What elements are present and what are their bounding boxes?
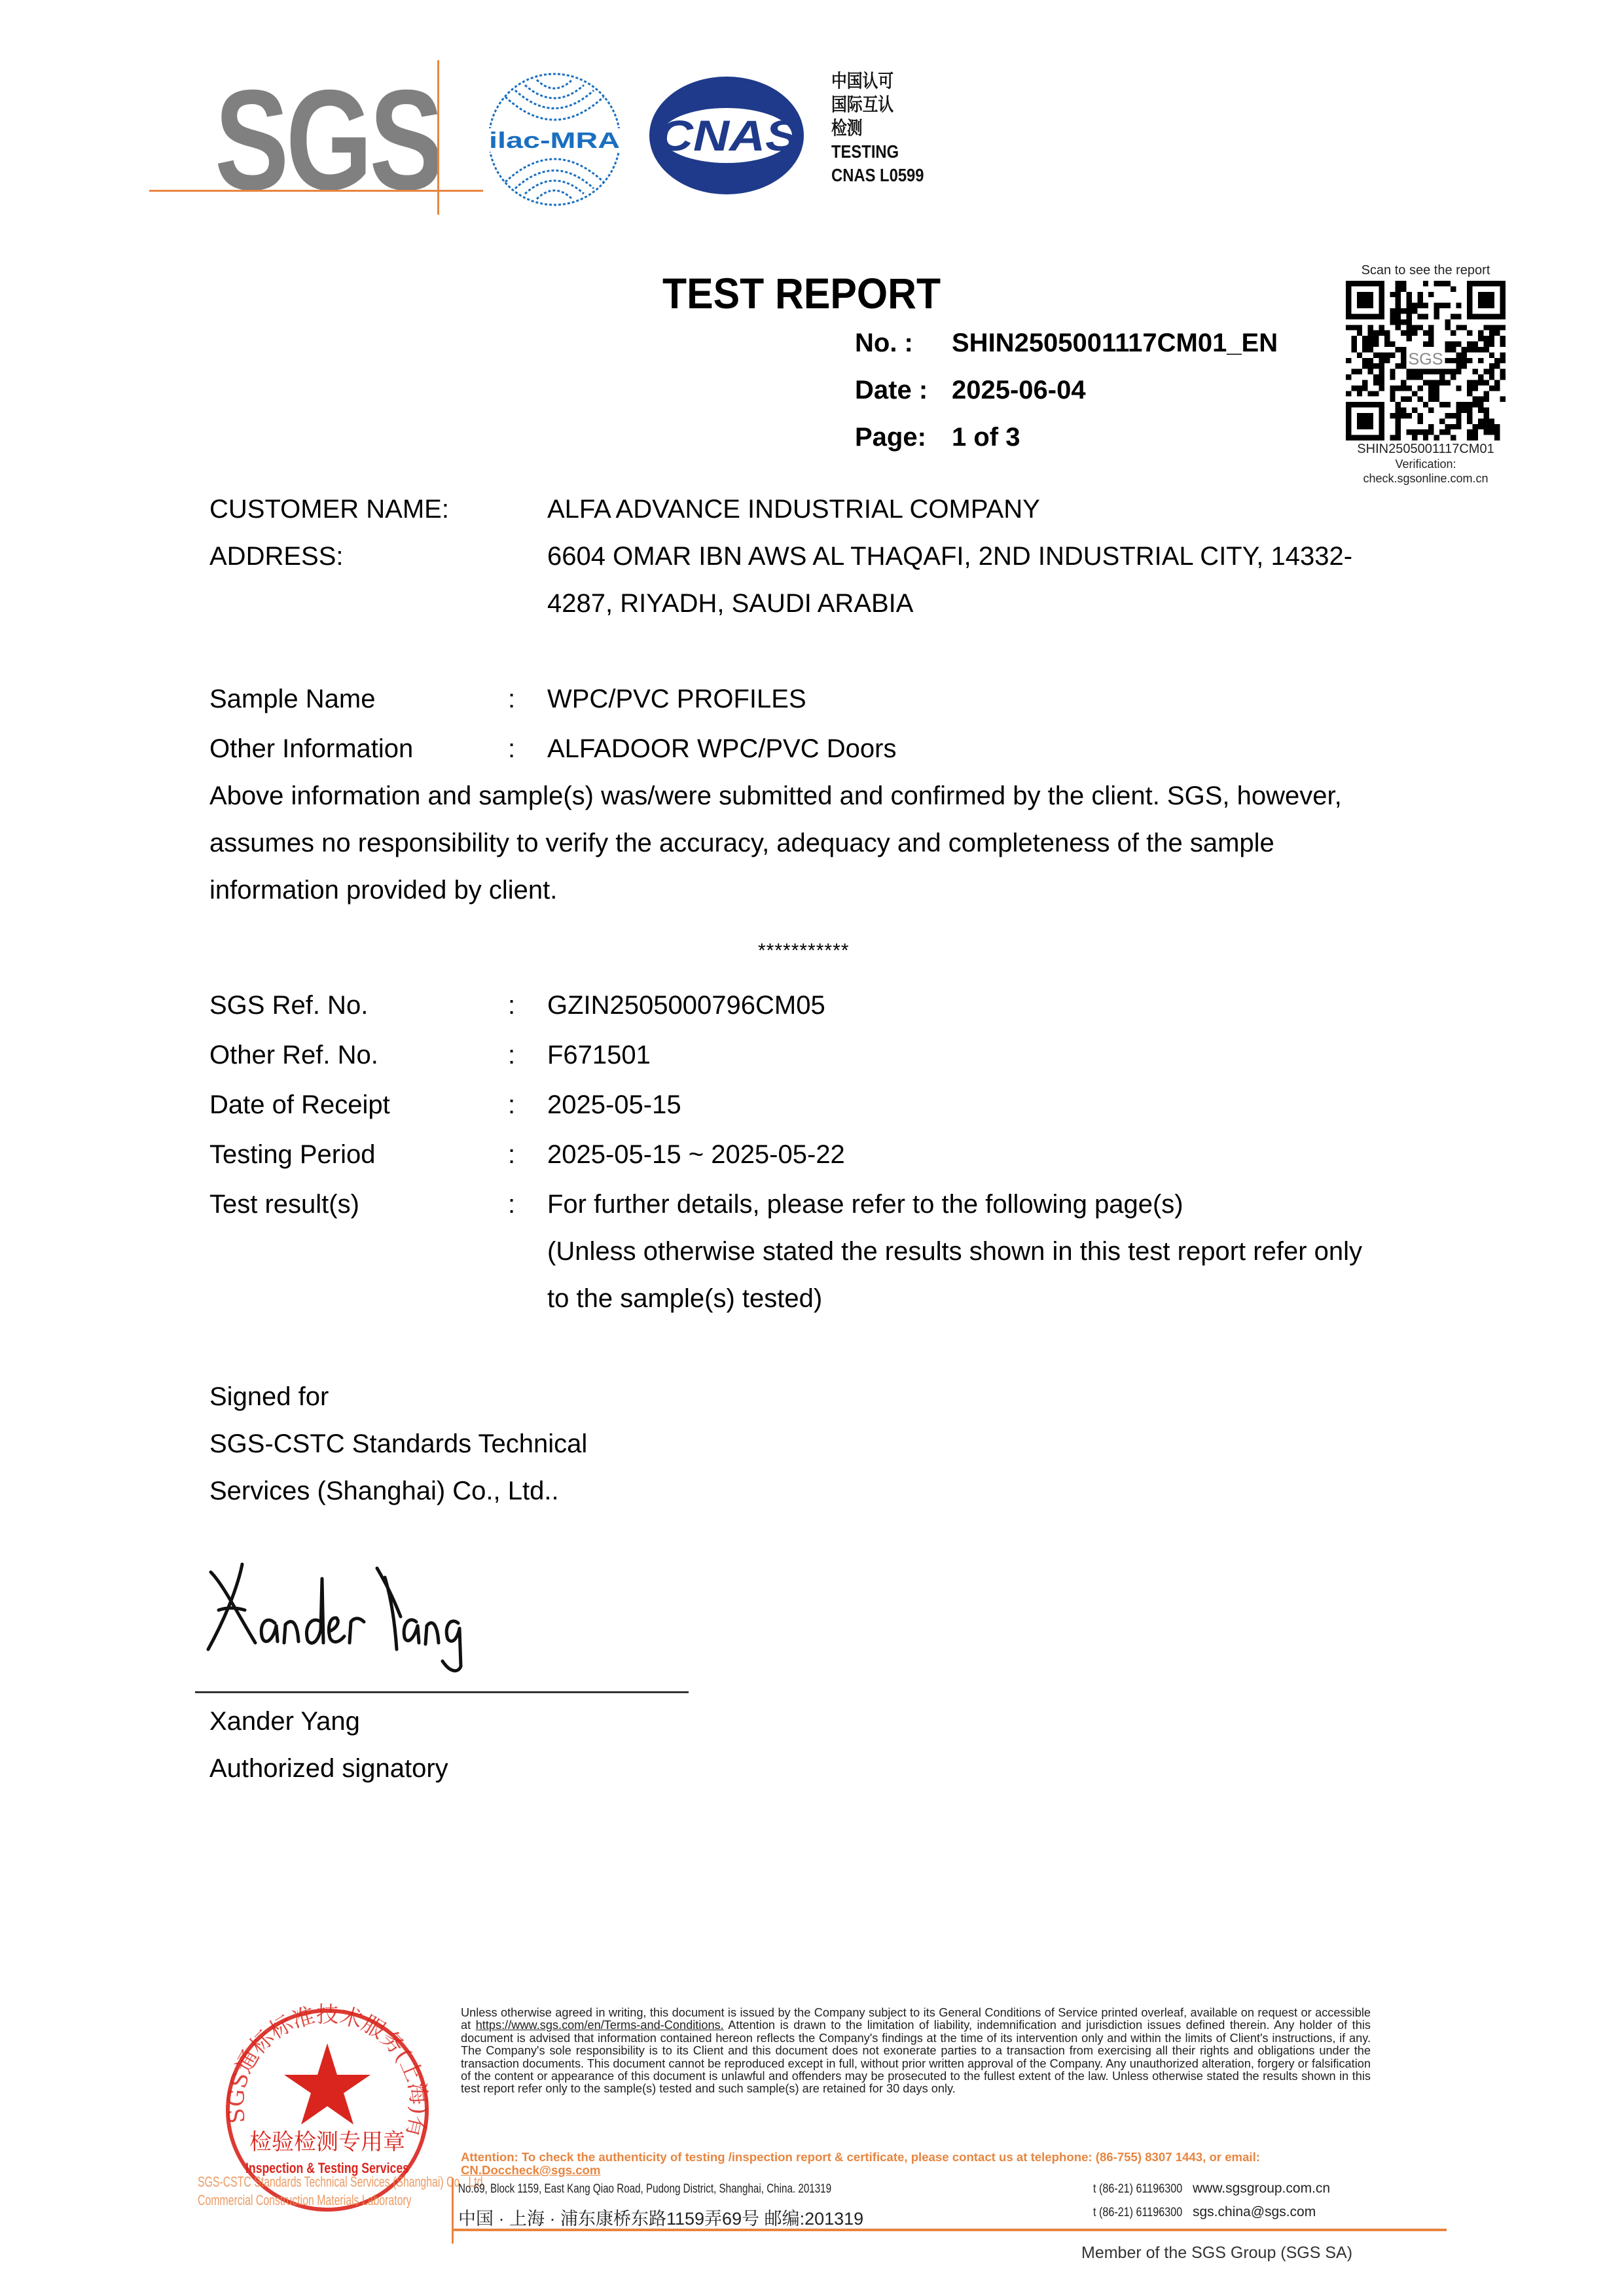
report-date-label: Date :: [855, 376, 952, 405]
colon: :: [508, 685, 515, 714]
email-link[interactable]: sgs.china@sgs.com: [1193, 2204, 1316, 2220]
authenticity-text: Attention: To check the authenticity of …: [461, 2150, 1260, 2164]
seal-center-cn: 检验检测专用章: [249, 2129, 405, 2155]
svg-text:SGS: SGS: [1408, 350, 1443, 368]
telephone-2: t (86-21) 61196300: [1093, 2206, 1182, 2220]
qr-caption: Scan to see the report: [1342, 263, 1509, 278]
sample-name-value: WPC/PVC PROFILES: [547, 685, 806, 714]
cnas-accreditation-text: 中国认可 国际互认 检测 TESTING CNAS L0599: [831, 69, 941, 187]
cnas-text-line: TESTING: [831, 140, 924, 164]
ilac-logo-text: ilac-MRA: [489, 128, 620, 153]
authenticity-notice: Attention: To check the authenticity of …: [461, 2151, 1377, 2177]
other-information-label: Other Information: [209, 734, 413, 764]
office-address-cn: 中国 · 上海 · 浦东康桥东路1159弄69号 邮编:201319: [458, 2204, 863, 2230]
logo-horizontal-rule: [149, 190, 483, 192]
sgs-ref-value: GZIN2505000796CM05: [547, 991, 825, 1020]
test-results-note-line-2: to the sample(s) tested): [547, 1284, 822, 1314]
telephone-1: t (86-21) 61196300: [1093, 2182, 1182, 2197]
report-date-value: 2025-06-04: [952, 376, 1086, 405]
cnas-text-line: CNAS L0599: [831, 164, 924, 187]
sample-name-label: Sample Name: [209, 685, 375, 714]
office-address-en: No.69, Block 1159, East Kang Qiao Road, …: [458, 2182, 831, 2197]
report-title: TEST REPORT: [662, 268, 941, 318]
svg-text:SGS通标标准技术服务(上海)有限公司: SGS通标标准技术服务(上海)有限公司: [196, 1998, 432, 2141]
terms-link[interactable]: https://www.sgs.com/en/Terms-and-Conditi…: [476, 2018, 724, 2032]
test-results-label: Test result(s): [209, 1190, 359, 1219]
signed-for-block: Signed for SGS-CSTC Standards Technical …: [209, 1373, 587, 1515]
signed-for-label: Signed for: [209, 1373, 587, 1420]
sample-disclaimer: Above information and sample(s) was/were…: [209, 772, 1427, 914]
sgs-group-membership: Member of the SGS Group (SGS SA): [1081, 2244, 1352, 2263]
page-number-value: 1 of 3: [952, 423, 1020, 452]
test-results-note-line-1: (Unless otherwise stated the results sho…: [547, 1237, 1362, 1266]
signing-company-line-2: Services (Shanghai) Co., Ltd..: [209, 1467, 587, 1515]
address-label: ADDRESS:: [209, 542, 344, 571]
disclaimer-line: Above information and sample(s) was/were…: [209, 772, 1427, 819]
date-of-receipt-label: Date of Receipt: [209, 1090, 390, 1120]
cnas-text-line: 中国认可: [831, 69, 924, 93]
signatory-title: Authorized signatory: [209, 1745, 448, 1792]
section-separator: ***********: [758, 940, 849, 962]
sgs-logo: SGS: [149, 60, 483, 217]
ilac-mra-logo: ilac-MRA: [486, 71, 623, 208]
handwritten-signature: Xander Yang: [196, 1545, 471, 1676]
qr-code-icon[interactable]: SGS: [1346, 281, 1506, 440]
cnas-logo-text: CNAS: [657, 111, 799, 160]
colon: :: [508, 1190, 515, 1219]
seal-caption-line-1: SGS-CSTC Standards Technical Services (S…: [198, 2173, 486, 2191]
testing-period-value: 2025-05-15 ~ 2025-05-22: [547, 1140, 845, 1170]
signature-line: [195, 1691, 689, 1693]
qr-report-code: SHIN2505001117CM01: [1342, 442, 1509, 457]
customer-name-label: CUSTOMER NAME:: [209, 495, 449, 524]
signatory-name: Xander Yang: [209, 1698, 448, 1745]
page-number-label: Page:: [855, 423, 952, 452]
date-of-receipt-value: 2025-05-15: [547, 1090, 681, 1120]
seal-star-icon: [284, 2043, 370, 2125]
page-number-row: Page:1 of 3: [855, 423, 1020, 452]
cnas-logo: CNAS: [648, 73, 805, 198]
signatory-block: Xander Yang Authorized signatory: [209, 1698, 448, 1792]
other-ref-value: F671501: [547, 1041, 651, 1070]
address-line-1: 6604 OMAR IBN AWS AL THAQAFI, 2ND INDUST…: [547, 542, 1352, 571]
cnas-text-line: 国际互认: [831, 93, 924, 117]
verification-site: check.sgsonline.com.cn: [1342, 471, 1509, 486]
verification-label: Verification:: [1342, 457, 1509, 471]
disclaimer-line: assumes no responsibility to verify the …: [209, 819, 1427, 867]
cnas-text-line: 检测: [831, 117, 924, 140]
colon: :: [508, 991, 515, 1020]
qr-verification-block: Scan to see the report SGS SHIN250500111…: [1342, 263, 1509, 486]
footer-vertical-rule: [452, 2178, 454, 2244]
report-number-row: No. :SHIN2505001117CM01_EN: [855, 329, 1278, 358]
address-line-2: 4287, RIYADH, SAUDI ARABIA: [547, 589, 913, 619]
seal-caption-line-2: Commercial Construction Materials Labora…: [198, 2191, 486, 2210]
other-information-value: ALFADOOR WPC/PVC Doors: [547, 734, 896, 764]
disclaimer-line: information provided by client.: [209, 867, 1427, 914]
signing-company-line-1: SGS-CSTC Standards Technical: [209, 1420, 587, 1467]
colon: :: [508, 1090, 515, 1120]
colon: :: [508, 1140, 515, 1170]
report-date-row: Date :2025-06-04: [855, 376, 1086, 405]
colon: :: [508, 1041, 515, 1070]
logo-vertical-rule: [437, 60, 439, 215]
testing-period-label: Testing Period: [209, 1140, 375, 1170]
legal-terms: Unless otherwise agreed in writing, this…: [461, 2007, 1371, 2096]
website-link[interactable]: www.sgsgroup.com.cn: [1193, 2181, 1330, 2197]
test-results-value: For further details, please refer to the…: [547, 1190, 1183, 1219]
report-number-label: No. :: [855, 329, 952, 358]
footer-horizontal-rule: [452, 2229, 1447, 2231]
doccheck-email-link[interactable]: CN.Doccheck@sgs.com: [461, 2163, 600, 2177]
sgs-ref-label: SGS Ref. No.: [209, 991, 368, 1020]
customer-name-value: ALFA ADVANCE INDUSTRIAL COMPANY: [547, 495, 1040, 524]
other-ref-label: Other Ref. No.: [209, 1041, 378, 1070]
report-number-value: SHIN2505001117CM01_EN: [952, 329, 1278, 358]
colon: :: [508, 734, 515, 764]
